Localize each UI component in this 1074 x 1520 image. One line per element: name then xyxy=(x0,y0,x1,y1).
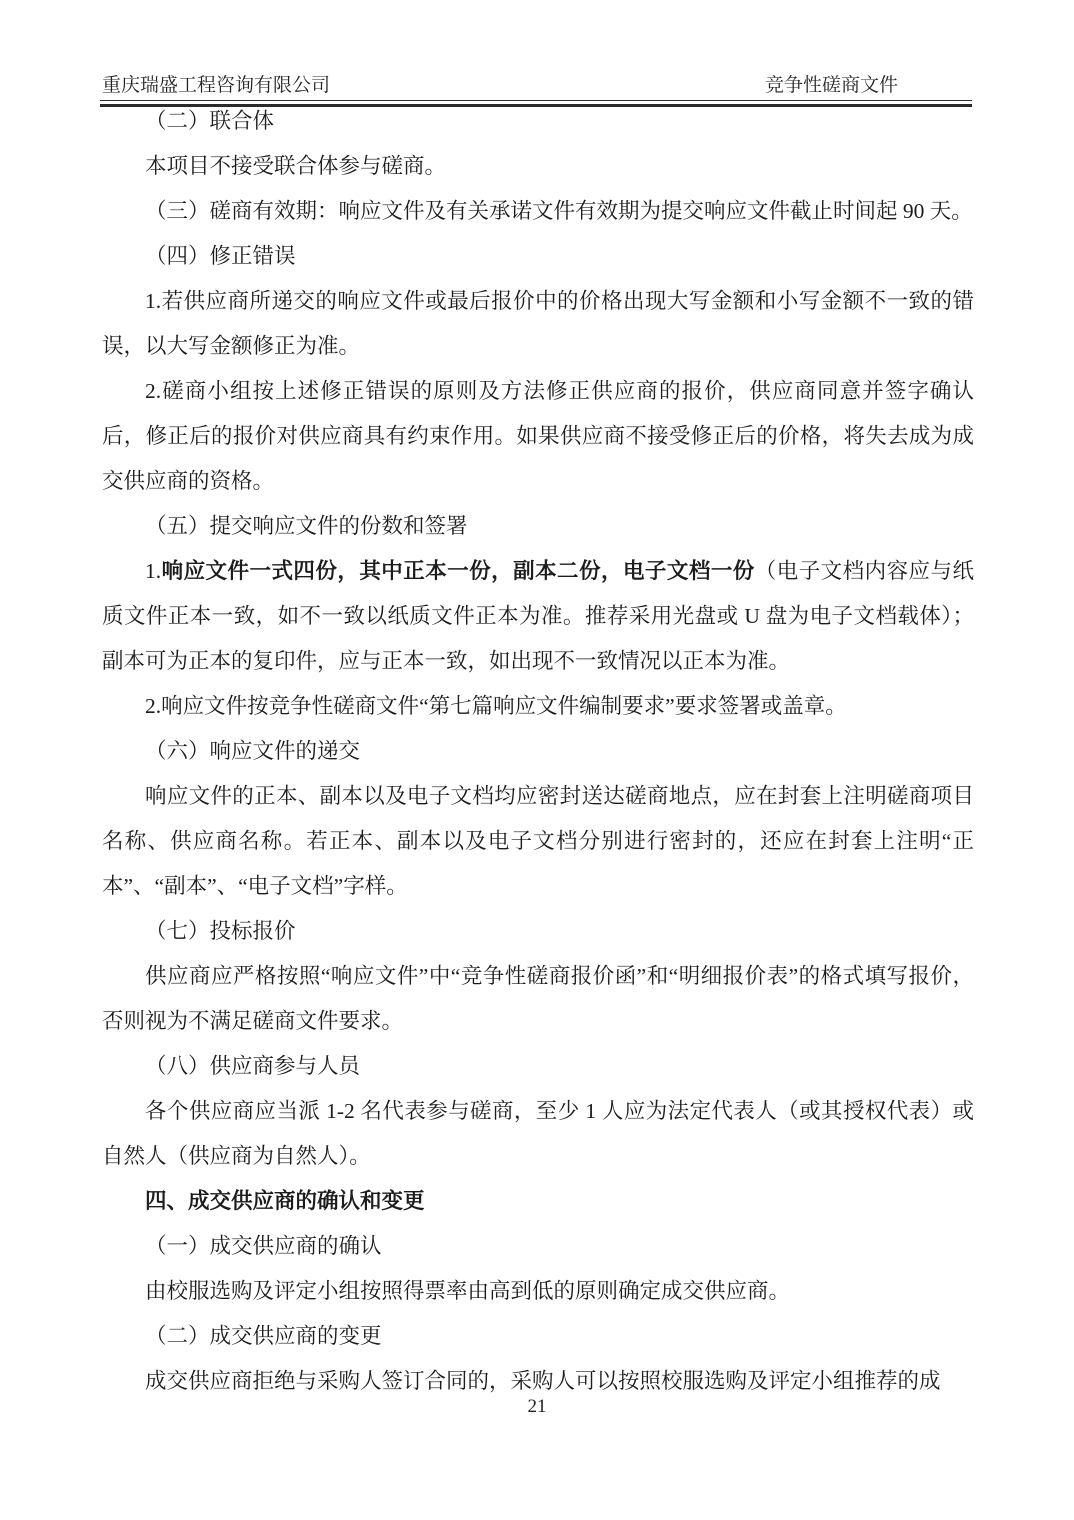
heading-subsection-1-winner-confirmation: （一）成交供应商的确认 xyxy=(102,1224,974,1269)
document-page: { "document": { "header": { "company": "… xyxy=(0,0,1074,1520)
para-participants-rule: 各个供应商应当派 1-2 名代表参与磋商，至少 1 人应为法定代表人（或其授权代… xyxy=(102,1089,974,1179)
heading-section-6-submission: （六）响应文件的递交 xyxy=(102,729,974,774)
para-copies-rule-2: 2.响应文件按竞争性磋商文件“第七篇响应文件编制要求”要求签署或盖章。 xyxy=(102,684,974,729)
para-no-consortium: 本项目不接受联合体参与磋商。 xyxy=(102,144,974,189)
page-header: 重庆瑞盛工程咨询有限公司 竞争性磋商文件 xyxy=(102,74,970,98)
para-correction-rule-1: 1.若供应商所递交的响应文件或最后报价中的价格出现大写金额和小写金额不一致的错误… xyxy=(102,279,974,369)
heading-chapter-4-winner-confirmation-and-change: 四、成交供应商的确认和变更 xyxy=(102,1179,974,1224)
para-submission-sealing: 响应文件的正本、副本以及电子文档均应密封送达磋商地点，应在封套上注明磋商项目名称… xyxy=(102,774,974,909)
heading-section-7-bid-price: （七）投标报价 xyxy=(102,909,974,954)
heading-section-5-copies-and-signing: （五）提交响应文件的份数和签署 xyxy=(102,504,974,549)
heading-section-3-validity-period: （三）磋商有效期：响应文件及有关承诺文件有效期为提交响应文件截止时间起 90 天… xyxy=(102,189,974,234)
document-body: （二）联合体本项目不接受联合体参与磋商。（三）磋商有效期：响应文件及有关承诺文件… xyxy=(102,99,974,1404)
para-winner-confirmation: 由校服选购及评定小组按照得票率由高到低的原则确定成交供应商。 xyxy=(102,1269,974,1314)
para-copies-rule-1: 1.响应文件一式四份，其中正本一份，副本二份，电子文档一份（电子文档内容应与纸质… xyxy=(102,549,974,684)
para-bid-price-format: 供应商应严格按照“响应文件”中“竞争性磋商报价函”和“明细报价表”的格式填写报价… xyxy=(102,954,974,1044)
heading-section-8-participants: （八）供应商参与人员 xyxy=(102,1044,974,1089)
heading-section-2-consortium: （二）联合体 xyxy=(102,99,974,144)
page-footer: 21 xyxy=(0,1396,1074,1418)
header-doc-type: 竞争性磋商文件 xyxy=(765,74,970,98)
heading-subsection-2-winner-change: （二）成交供应商的变更 xyxy=(102,1314,974,1359)
para-correction-rule-2: 2.磋商小组按上述修正错误的原则及方法修正供应商的报价，供应商同意并签字确认后，… xyxy=(102,369,974,504)
heading-section-4-error-correction: （四）修正错误 xyxy=(102,234,974,279)
header-company-name: 重庆瑞盛工程咨询有限公司 xyxy=(102,74,330,98)
page-number: 21 xyxy=(528,1396,547,1417)
